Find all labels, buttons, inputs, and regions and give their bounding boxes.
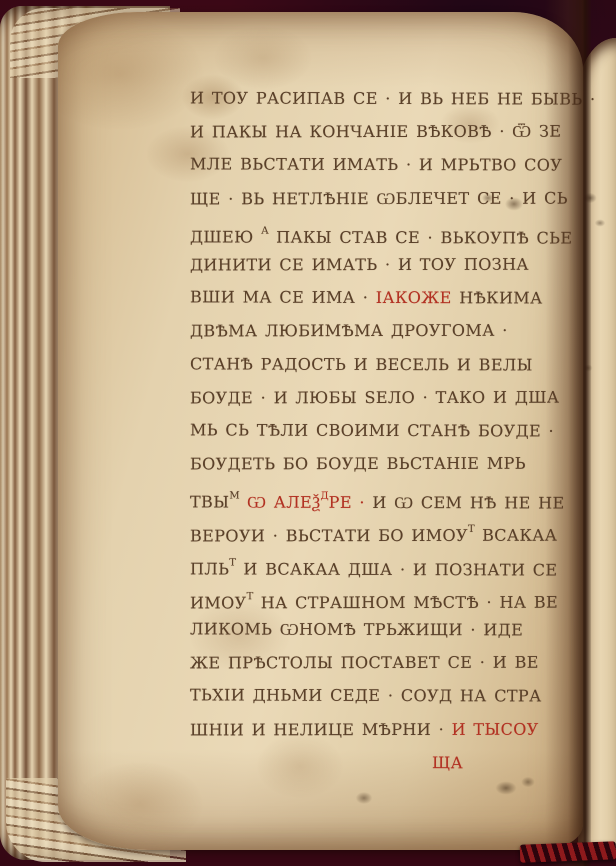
manuscript-line: БОУДЕТЬ БО БОУДЕ ВЬСТАНІЕ МРЬ bbox=[190, 447, 590, 481]
manuscript-line: ПЛЬТ И ВСАКАА ДША · И ПОЗНАТИ СЕ bbox=[190, 546, 590, 580]
manuscript-line: МЛЕ ВЬСТАТИ ИМАТЬ · И МРЬТВО СОУ bbox=[190, 148, 590, 182]
text-segment: ИМОУ bbox=[190, 593, 247, 612]
text-segment: ПЛЬ bbox=[190, 559, 229, 578]
text-segment: НѢКИМА bbox=[452, 288, 543, 307]
manuscript-line: ШНІИ И НЕЛИЦЕ МѢРНИ · И ТЫСОУ bbox=[190, 712, 590, 746]
text-segment: М bbox=[229, 491, 239, 502]
manuscript-line: И ПАКЫ НА КОНЧАНІЕ ВѢКОВѢ · Ѿ ЗЕ bbox=[190, 115, 590, 149]
text-segment: НА СТРАШНОМ МѢСТѢ · НА ВЕ bbox=[253, 592, 558, 612]
manuscript-line: ЩА bbox=[190, 745, 590, 779]
manuscript-line: ДВѢМА ЛЮБИМѢМА ДРОУГОМА · bbox=[190, 314, 590, 348]
rubric-segment: ЩА bbox=[432, 753, 463, 772]
text-segment: ТЬХІИ ДНЬМИ СЕДЕ · СОУД НА СТРА bbox=[190, 686, 542, 706]
photo-background: { "artifact": { "kind": "medieval-manusc… bbox=[0, 0, 616, 866]
rubric-segment: РЕ · bbox=[329, 493, 365, 512]
text-segment: МЬ СЬ ТѢЛИ СВОИМИ СТАНѢ БОУДЕ · bbox=[190, 420, 554, 440]
manuscript-line: ДШЕЮ А ПАКЫ СТАВ СЕ · ВЬКОУПѢ СЬЕ bbox=[190, 214, 590, 248]
rubric-segment: ІАКОЖЕ bbox=[376, 288, 452, 307]
text-segment: ДВѢМА ЛЮБИМѢМА ДРОУГОМА · bbox=[190, 321, 508, 341]
text-segment: СТАНѢ РАДОСТЬ И ВЕСЕЛЬ И ВЕЛЫ bbox=[190, 354, 533, 374]
manuscript-photo: И ТОУ РАСИПАВ СЕ · И ВЬ НЕБ НЕ БЫВЬ ·И П… bbox=[0, 0, 616, 866]
manuscript-line: ЖЕ ПРѢСТОЛЫ ПОСТАВЕТ СЕ · И ВЕ bbox=[190, 646, 590, 680]
manuscript-line: ТЬХІИ ДНЬМИ СЕДЕ · СОУД НА СТРА bbox=[190, 679, 590, 713]
manuscript-line: ЩЕ · ВЬ НЕТЛѢНІЕ ѠБЛЕЧЕТ СЕ · И СЬ bbox=[190, 181, 590, 215]
text-segment: БОУДЕ · И ЛЮБЫ ЅЕЛО · ТАКО И ДША bbox=[190, 387, 559, 407]
text-segment: ЩЕ · ВЬ НЕТЛѢНІЕ ѠБЛЕЧЕТ СЕ · И СЬ bbox=[190, 188, 568, 208]
manuscript-page: И ТОУ РАСИПАВ СЕ · И ВЬ НЕБ НЕ БЫВЬ ·И П… bbox=[58, 12, 583, 850]
text-segment: И ТОУ РАСИПАВ СЕ · И ВЬ НЕБ НЕ БЫВЬ · bbox=[190, 88, 596, 108]
manuscript-line: И ТОУ РАСИПАВ СЕ · И ВЬ НЕБ НЕ БЫВЬ · bbox=[190, 81, 590, 115]
text-block: И ТОУ РАСИПАВ СЕ · И ВЬ НЕБ НЕ БЫВЬ ·И П… bbox=[190, 82, 590, 779]
text-segment: ПАКЫ СТАВ СЕ · ВЬКОУПѢ СЬЕ bbox=[269, 227, 573, 247]
rubric-segment: И ТЫСОУ bbox=[452, 719, 539, 738]
endband bbox=[520, 841, 616, 862]
rubric-segment: Д bbox=[321, 491, 329, 502]
text-segment: БОУДЕТЬ БО БОУДЕ ВЬСТАНІЕ МРЬ bbox=[190, 454, 526, 474]
text-segment: ТВЫ bbox=[190, 493, 229, 512]
manuscript-line: ИМОУТ НА СТРАШНОМ МѢСТѢ · НА ВЕ bbox=[190, 579, 590, 613]
text-segment: МЛЕ ВЬСТАТИ ИМАТЬ · И МРЬТВО СОУ bbox=[190, 155, 562, 175]
text-segment: И ВСАКАА ДША · И ПОЗНАТИ СЕ bbox=[236, 559, 558, 579]
manuscript-line: МЬ СЬ ТѢЛИ СВОИМИ СТАНѢ БОУДЕ · bbox=[190, 413, 590, 447]
text-segment: ВЕРОУИ · ВЬСТАТИ БО ИМОУ bbox=[190, 526, 468, 546]
text-segment: ДШЕЮ bbox=[190, 227, 261, 246]
manuscript-line: БОУДЕ · И ЛЮБЫ ЅЕЛО · ТАКО И ДША bbox=[190, 380, 590, 414]
manuscript-line: СТАНѢ РАДОСТЬ И ВЕСЕЛЬ И ВЕЛЫ bbox=[190, 347, 590, 381]
text-segment: ДИНИТИ СЕ ИМАТЬ · И ТОУ ПОЗНА bbox=[190, 255, 529, 275]
text-segment: ЖЕ ПРѢСТОЛЫ ПОСТАВЕТ СЕ · И ВЕ bbox=[190, 653, 539, 673]
manuscript-line: ВШИ МА СЕ ИМА · ІАКОЖЕ НѢКИМА bbox=[190, 280, 590, 314]
manuscript-line: ДИНИТИ СЕ ИМАТЬ · И ТОУ ПОЗНА bbox=[190, 248, 590, 282]
text-segment: ШНІИ И НЕЛИЦЕ МѢРНИ · bbox=[190, 719, 452, 739]
manuscript-line: ВЕРОУИ · ВЬСТАТИ БО ИМОУТ ВСАКАА bbox=[190, 513, 590, 547]
text-segment: ЛИКОМЬ ѠНОМѢ ТРЬЖИЩИ · ИДЕ bbox=[190, 619, 523, 639]
text-segment: ВШИ МА СЕ ИМА · bbox=[190, 287, 376, 307]
text-segment: ВСАКАА bbox=[475, 526, 558, 545]
manuscript-line: ТВЫМ Ѡ АЛЕѮДРЕ · И Ѡ СЕМ НѢ НЕ НЕ bbox=[190, 480, 590, 514]
text-segment: И ПАКЫ НА КОНЧАНІЕ ВѢКОВѢ · Ѿ ЗЕ bbox=[190, 122, 561, 142]
text-segment: И Ѡ СЕМ НѢ НЕ НЕ bbox=[365, 493, 565, 513]
rubric-segment: Ѡ АЛЕѮ bbox=[247, 493, 320, 512]
manuscript-line: ЛИКОМЬ ѠНОМѢ ТРЬЖИЩИ · ИДЕ bbox=[190, 612, 590, 646]
text-segment: А bbox=[261, 225, 269, 236]
